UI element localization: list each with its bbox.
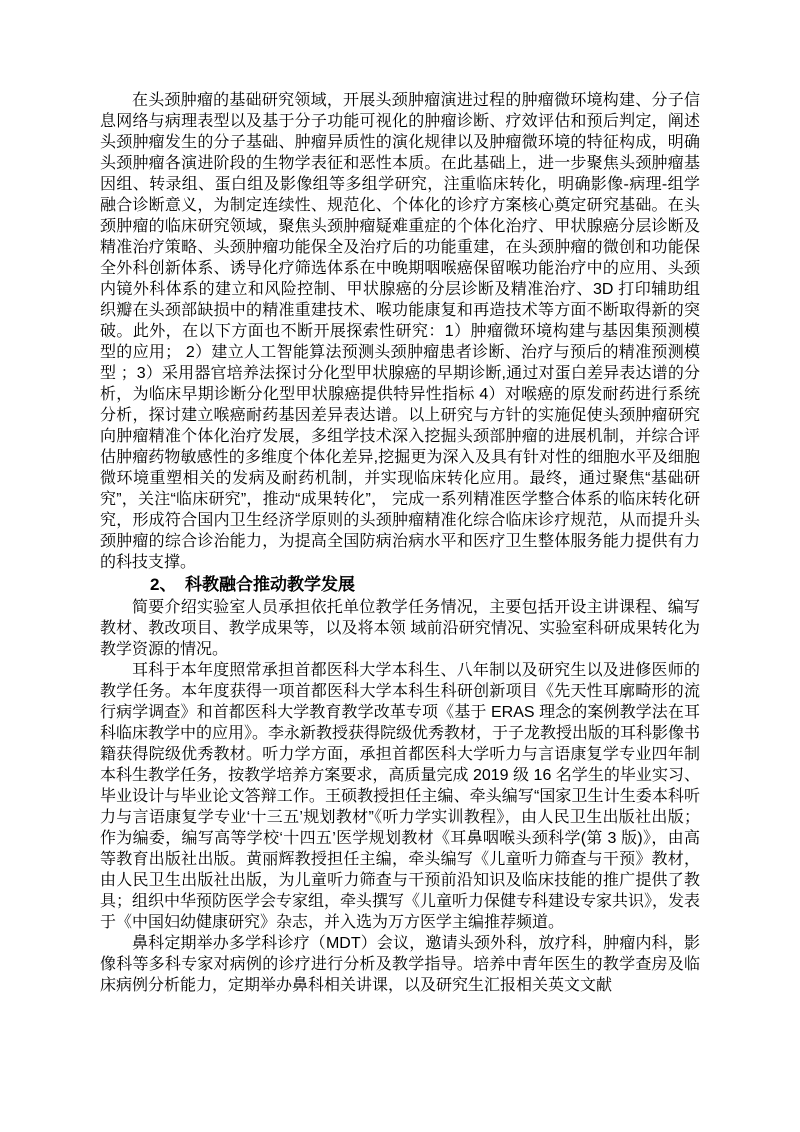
paragraph-teaching-intro: 简要介绍实验室人员承担依托单位教学任务情况，主要包括开设主讲课程、编写教材、教改… xyxy=(100,597,700,660)
paragraph-otology-teaching: 耳科于本年度照常承担首都医科大学本科生、八年制以及研究生以及进修医师的教学任务。… xyxy=(100,660,700,933)
section-heading-2: 2、 科教融合推动教学发展 xyxy=(100,574,700,596)
paragraph-rhinology-mdt: 鼻科定期举办多学科诊疗（MDT）会议，邀请头颈外科，放疗科，肿瘤内科，影像科等多… xyxy=(100,933,700,996)
paragraph-research-overview: 在头颈肿瘤的基础研究领域，开展头颈肿瘤演进过程的肿瘤微环境构建、分子信息网络与病… xyxy=(100,90,700,573)
document-page: 在头颈肿瘤的基础研究领域，开展头颈肿瘤演进过程的肿瘤微环境构建、分子信息网络与病… xyxy=(0,0,800,1132)
